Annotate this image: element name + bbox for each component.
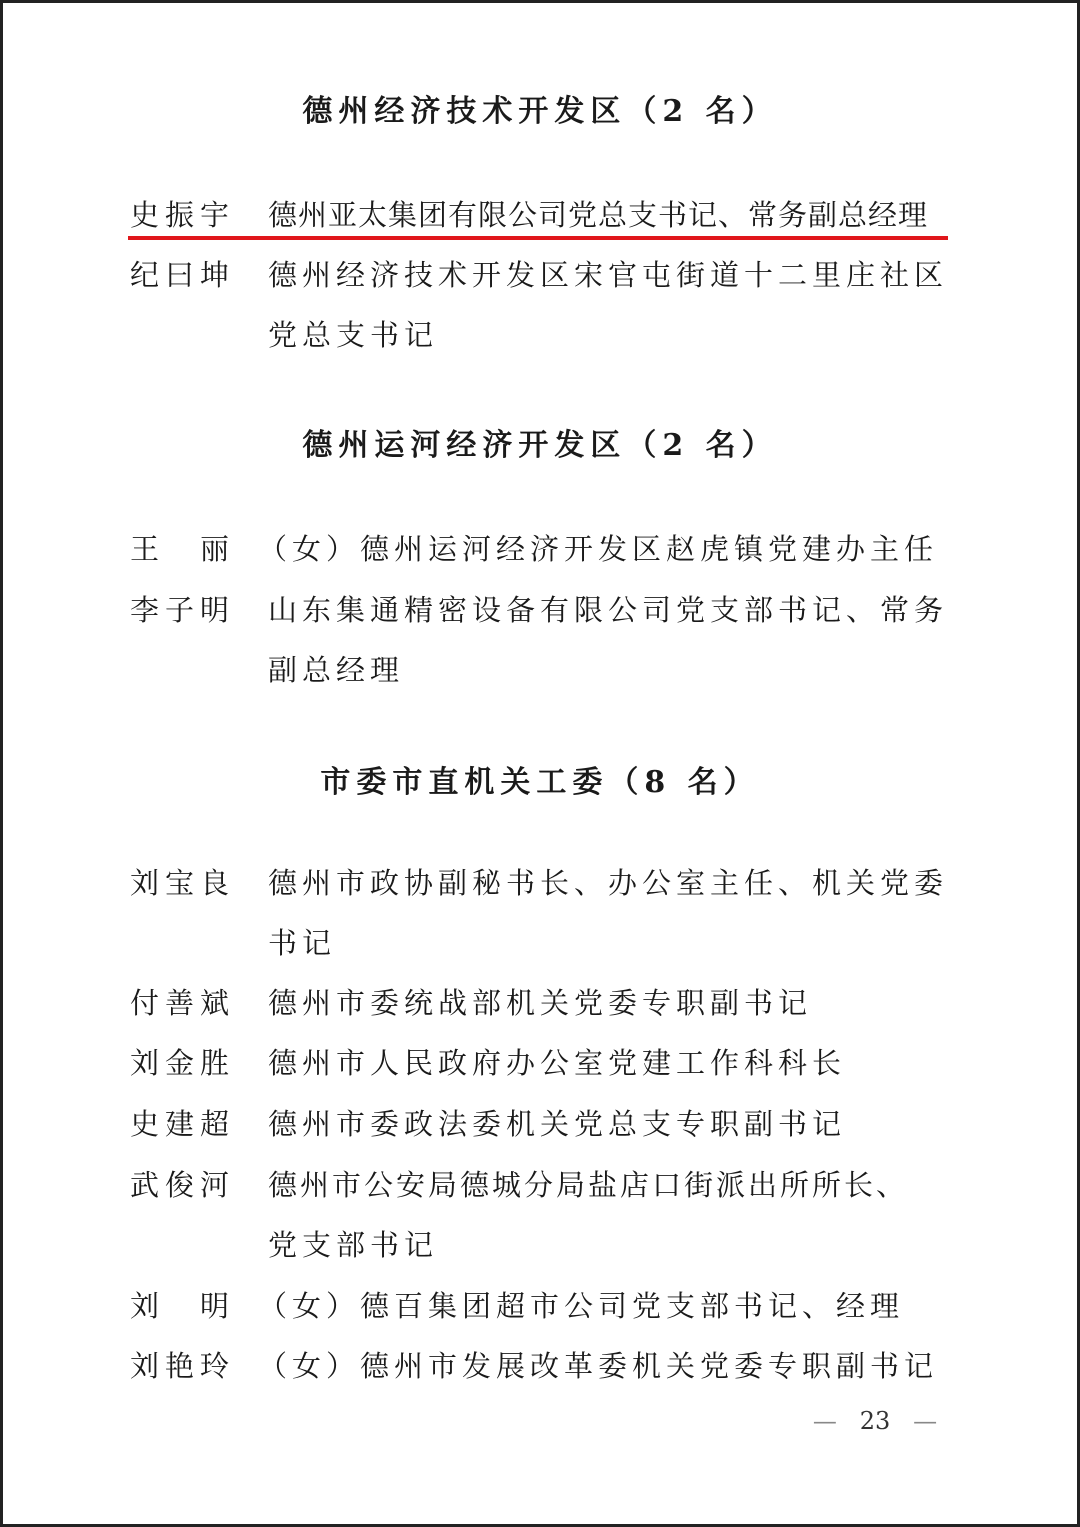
member-title: （女）德州市发展改革委机关党委专职副书记 xyxy=(258,1336,958,1396)
dash-left: — xyxy=(813,1407,837,1435)
member-title: 德州市人民政府办公室党建工作科科长 xyxy=(268,1033,968,1093)
member-title-cont: 党支部书记 xyxy=(268,1215,968,1275)
highlight-underline xyxy=(128,236,948,240)
member-title: 德州市公安局德城分局盐店口街派出所所长、 xyxy=(268,1155,988,1215)
member-title-cont: 书记 xyxy=(268,913,968,973)
page-number-value: 23 xyxy=(860,1407,891,1435)
member-title: 德州市政协副秘书长、办公室主任、机关党委 xyxy=(268,853,968,913)
member-title: 山东集通精密设备有限公司党支部书记、常务 xyxy=(268,580,968,640)
member-name: 李子明 xyxy=(130,580,250,640)
section-heading: 德州运河经济开发区（2 名） xyxy=(0,420,1080,464)
section-heading: 德州经济技术开发区（2 名） xyxy=(0,86,1080,130)
member-title: 德州经济技术开发区宋官屯街道十二里庄社区 xyxy=(268,245,968,305)
member-name: 付善斌 xyxy=(130,973,250,1033)
dash-right: — xyxy=(913,1407,937,1435)
member-title: （女）德百集团超市公司党支部书记、经理 xyxy=(258,1276,958,1336)
member-name: 王 丽 xyxy=(130,519,250,579)
member-name: 刘宝良 xyxy=(130,853,250,913)
member-title: 德州市委政法委机关党总支专职副书记 xyxy=(268,1094,968,1154)
member-name: 刘艳玲 xyxy=(130,1336,250,1396)
member-name: 史建超 xyxy=(130,1094,250,1154)
member-title-cont: 党总支书记 xyxy=(268,305,968,365)
member-title: 德州市委统战部机关党委专职副书记 xyxy=(268,973,968,1033)
section-heading: 市委市直机关工委（8 名） xyxy=(0,757,1080,801)
member-title-cont: 副总经理 xyxy=(268,640,968,700)
member-name: 纪曰坤 xyxy=(130,245,250,305)
member-name: 刘 明 xyxy=(130,1276,250,1336)
member-name: 武俊河 xyxy=(130,1155,250,1215)
page-number: — 23 — xyxy=(810,1407,940,1435)
member-title: （女）德州运河经济开发区赵虎镇党建办主任 xyxy=(258,519,958,579)
member-name: 刘金胜 xyxy=(130,1033,250,1093)
